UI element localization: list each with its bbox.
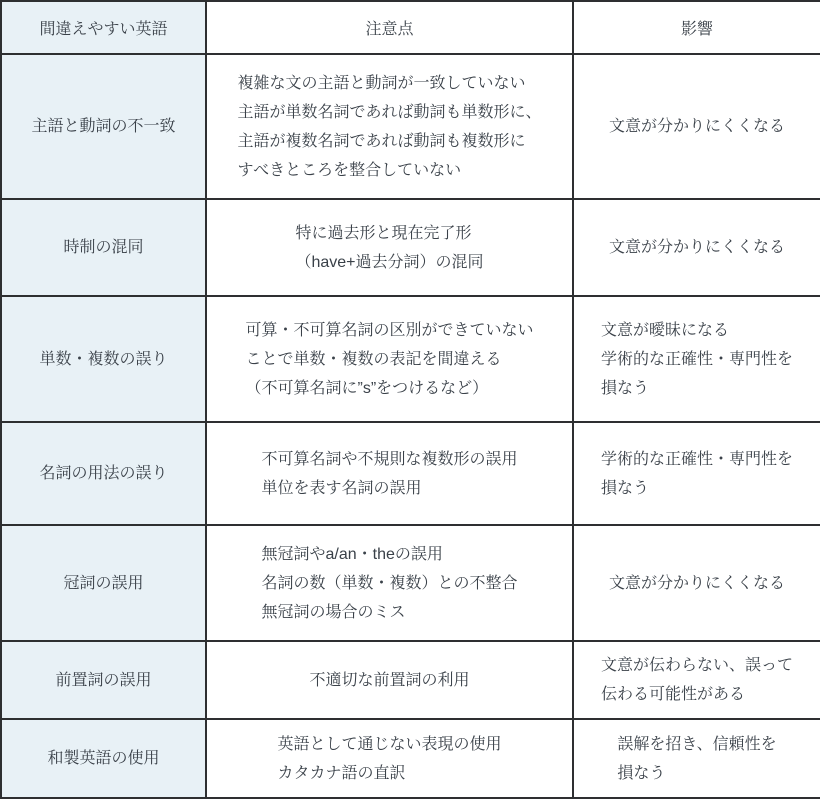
table-row: 主語と動詞の不一致複雑な文の主語と動詞が一致していない主語が単数名詞であれば動詞… xyxy=(1,54,820,199)
text-line: 無冠詞の場合のミス xyxy=(261,598,517,627)
cell-mistake-type: 単数・複数の誤り xyxy=(1,296,206,422)
cell-mistake-type: 冠詞の誤用 xyxy=(1,525,206,641)
text-line: 和製英語の使用 xyxy=(47,744,159,773)
text-line: 時制の混同 xyxy=(63,233,143,262)
text-line: 誤解を招き、信頼性を xyxy=(617,730,776,759)
cell-caution-points-text: 可算・不可算名詞の区別ができていないことで単数・複数の表記を間違える（不可算名詞… xyxy=(245,316,533,403)
english-mistakes-table: 間違えやすい英語 注意点 影響 主語と動詞の不一致複雑な文の主語と動詞が一致して… xyxy=(0,0,820,799)
table-row: 時制の混同特に過去形と現在完了形（have+過去分詞）の混同文意が分かりにくくな… xyxy=(1,199,820,296)
table-body: 主語と動詞の不一致複雑な文の主語と動詞が一致していない主語が単数名詞であれば動詞… xyxy=(1,54,820,798)
text-line: カタカナ語の直訳 xyxy=(277,759,501,788)
cell-impact: 誤解を招き、信頼性を損なう xyxy=(573,719,820,798)
cell-mistake-type-text: 単数・複数の誤り xyxy=(39,345,167,374)
cell-caution-points-text: 不適切な前置詞の利用 xyxy=(309,666,469,695)
cell-mistake-type-text: 時制の混同 xyxy=(63,233,143,262)
cell-mistake-type-text: 前置詞の誤用 xyxy=(55,666,151,695)
text-line: 文意が曖昧になる xyxy=(601,316,793,345)
text-line: 学術的な正確性・専門性を xyxy=(601,345,793,374)
cell-impact-text: 文意が分かりにくくなる xyxy=(609,569,785,598)
cell-impact-text: 文意が分かりにくくなる xyxy=(609,233,785,262)
cell-caution-points: 複雑な文の主語と動詞が一致していない主語が単数名詞であれば動詞も単数形に、主語が… xyxy=(206,54,573,199)
table-header: 間違えやすい英語 注意点 影響 xyxy=(1,1,820,54)
text-line: 文意が分かりにくくなる xyxy=(609,569,785,598)
text-line: 名詞の用法の誤り xyxy=(39,459,167,488)
cell-impact-text: 誤解を招き、信頼性を損なう xyxy=(617,730,776,788)
text-line: 単位を表す名詞の誤用 xyxy=(261,474,517,503)
text-line: 不適切な前置詞の利用 xyxy=(309,666,469,695)
text-line: 損なう xyxy=(601,374,793,403)
header-mistake-type: 間違えやすい英語 xyxy=(1,1,206,54)
text-line: すべきところを整合していない xyxy=(237,156,541,185)
page: 間違えやすい英語 注意点 影響 主語と動詞の不一致複雑な文の主語と動詞が一致して… xyxy=(0,0,820,800)
text-line: ことで単数・複数の表記を間違える xyxy=(245,345,533,374)
text-line: 可算・不可算名詞の区別ができていない xyxy=(245,316,533,345)
text-line: 損なう xyxy=(601,474,793,503)
text-line: 損なう xyxy=(617,759,776,788)
cell-impact-text: 文意が曖昧になる学術的な正確性・専門性を損なう xyxy=(601,316,793,403)
text-line: 単数・複数の誤り xyxy=(39,345,167,374)
cell-impact: 文意が分かりにくくなる xyxy=(573,54,820,199)
cell-impact: 文意が曖昧になる学術的な正確性・専門性を損なう xyxy=(573,296,820,422)
cell-mistake-type-text: 和製英語の使用 xyxy=(47,744,159,773)
cell-caution-points-text: 英語として通じない表現の使用カタカナ語の直訳 xyxy=(277,730,501,788)
text-line: 文意が分かりにくくなる xyxy=(609,112,785,141)
table-row: 前置詞の誤用不適切な前置詞の利用文意が伝わらない、誤って伝わる可能性がある xyxy=(1,641,820,719)
header-row: 間違えやすい英語 注意点 影響 xyxy=(1,1,820,54)
cell-caution-points: 英語として通じない表現の使用カタカナ語の直訳 xyxy=(206,719,573,798)
text-line: 英語として通じない表現の使用 xyxy=(277,730,501,759)
cell-mistake-type: 前置詞の誤用 xyxy=(1,641,206,719)
cell-mistake-type-text: 主語と動詞の不一致 xyxy=(31,112,175,141)
cell-caution-points: 特に過去形と現在完了形（have+過去分詞）の混同 xyxy=(206,199,573,296)
cell-impact: 文意が伝わらない、誤って伝わる可能性がある xyxy=(573,641,820,719)
table-row: 単数・複数の誤り可算・不可算名詞の区別ができていないことで単数・複数の表記を間違… xyxy=(1,296,820,422)
text-line: 前置詞の誤用 xyxy=(55,666,151,695)
cell-impact: 文意が分かりにくくなる xyxy=(573,199,820,296)
text-line: 主語と動詞の不一致 xyxy=(31,112,175,141)
cell-caution-points: 可算・不可算名詞の区別ができていないことで単数・複数の表記を間違える（不可算名詞… xyxy=(206,296,573,422)
cell-impact: 学術的な正確性・専門性を損なう xyxy=(573,422,820,525)
table-row: 冠詞の誤用無冠詞やa/an・theの誤用名詞の数（単数・複数）との不整合無冠詞の… xyxy=(1,525,820,641)
cell-mistake-type-text: 冠詞の誤用 xyxy=(63,569,143,598)
text-line: 伝わる可能性がある xyxy=(601,680,793,709)
cell-caution-points-text: 不可算名詞や不規則な複数形の誤用単位を表す名詞の誤用 xyxy=(261,445,517,503)
cell-mistake-type: 和製英語の使用 xyxy=(1,719,206,798)
header-caution-points: 注意点 xyxy=(206,1,573,54)
text-line: 不可算名詞や不規則な複数形の誤用 xyxy=(261,445,517,474)
cell-caution-points-text: 特に過去形と現在完了形（have+過去分詞）の混同 xyxy=(295,219,483,277)
cell-mistake-type: 名詞の用法の誤り xyxy=(1,422,206,525)
cell-mistake-type: 時制の混同 xyxy=(1,199,206,296)
text-line: （不可算名詞に”s”をつけるなど） xyxy=(245,374,533,403)
text-line: 文意が分かりにくくなる xyxy=(609,233,785,262)
cell-impact-text: 学術的な正確性・専門性を損なう xyxy=(601,445,793,503)
text-line: 無冠詞やa/an・theの誤用 xyxy=(261,540,517,569)
text-line: 名詞の数（単数・複数）との不整合 xyxy=(261,569,517,598)
cell-caution-points: 不適切な前置詞の利用 xyxy=(206,641,573,719)
cell-caution-points: 無冠詞やa/an・theの誤用名詞の数（単数・複数）との不整合無冠詞の場合のミス xyxy=(206,525,573,641)
cell-impact-text: 文意が伝わらない、誤って伝わる可能性がある xyxy=(601,651,793,709)
cell-impact: 文意が分かりにくくなる xyxy=(573,525,820,641)
cell-caution-points: 不可算名詞や不規則な複数形の誤用単位を表す名詞の誤用 xyxy=(206,422,573,525)
text-line: 主語が単数名詞であれば動詞も単数形に、 xyxy=(237,98,541,127)
cell-mistake-type-text: 名詞の用法の誤り xyxy=(39,459,167,488)
cell-mistake-type: 主語と動詞の不一致 xyxy=(1,54,206,199)
table-row: 和製英語の使用英語として通じない表現の使用カタカナ語の直訳誤解を招き、信頼性を損… xyxy=(1,719,820,798)
text-line: 文意が伝わらない、誤って xyxy=(601,651,793,680)
cell-caution-points-text: 無冠詞やa/an・theの誤用名詞の数（単数・複数）との不整合無冠詞の場合のミス xyxy=(261,540,517,627)
text-line: 主語が複数名詞であれば動詞も複数形に xyxy=(237,127,541,156)
text-line: 冠詞の誤用 xyxy=(63,569,143,598)
text-line: 特に過去形と現在完了形 xyxy=(295,219,483,248)
header-impact: 影響 xyxy=(573,1,820,54)
text-line: 複雑な文の主語と動詞が一致していない xyxy=(237,69,541,98)
cell-impact-text: 文意が分かりにくくなる xyxy=(609,112,785,141)
cell-caution-points-text: 複雑な文の主語と動詞が一致していない主語が単数名詞であれば動詞も単数形に、主語が… xyxy=(237,69,541,185)
table-row: 名詞の用法の誤り不可算名詞や不規則な複数形の誤用単位を表す名詞の誤用学術的な正確… xyxy=(1,422,820,525)
text-line: 学術的な正確性・専門性を xyxy=(601,445,793,474)
text-line: （have+過去分詞）の混同 xyxy=(295,248,483,277)
